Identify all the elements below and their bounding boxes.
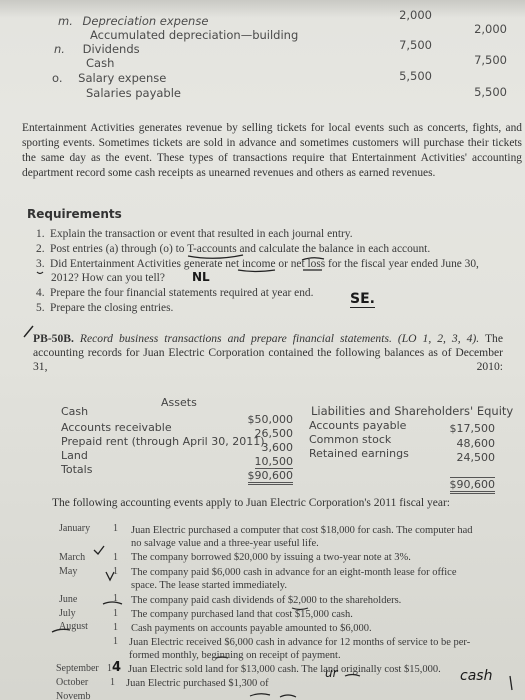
event-text: formed monthly, beginning on receipt of … bbox=[129, 650, 341, 661]
asset-value: 3,600 bbox=[223, 441, 293, 454]
event-text: Juan Electric received $6,000 cash in ad… bbox=[129, 637, 470, 648]
handwritten-mark-4: 4 bbox=[112, 660, 121, 675]
problem-id: PB-50B. bbox=[33, 332, 74, 345]
event-text: The company purchased land that cost $15… bbox=[131, 609, 353, 620]
handwritten-note-cash: cash bbox=[460, 668, 492, 684]
liability-value: 48,600 bbox=[425, 437, 495, 450]
asset-value: 10,500 bbox=[223, 455, 293, 468]
event-day: 1 bbox=[113, 593, 118, 604]
event-day: 1 bbox=[113, 608, 118, 619]
event-text: space. The lease started immediately. bbox=[131, 580, 287, 591]
event-text: The company paid cash dividends of $2,00… bbox=[131, 595, 401, 606]
event-month: June bbox=[59, 594, 77, 605]
asset-value: 26,500 bbox=[223, 427, 293, 440]
event-text: The company borrowed $20,000 by issuing … bbox=[131, 552, 411, 563]
liabilities-header: Liabilities and Shareholders' Equity bbox=[311, 404, 513, 418]
assets-header: Assets bbox=[161, 396, 197, 409]
event-text: no salvage value and a three-year useful… bbox=[131, 538, 319, 549]
event-text: The company paid $6,000 cash in advance … bbox=[131, 567, 456, 578]
problem-statement: PB-50B. Record business transactions and… bbox=[33, 332, 503, 374]
liability-label: Retained earnings bbox=[309, 447, 409, 460]
assets-total-value: $90,600 bbox=[223, 469, 293, 482]
event-text: Juan Electric purchased $1,300 of bbox=[126, 678, 269, 689]
handwritten-note-ur: ur bbox=[325, 666, 338, 680]
event-text: Juan Electric sold land for $13,000 cash… bbox=[128, 664, 441, 675]
event-month: May bbox=[59, 566, 77, 577]
liability-value: 24,500 bbox=[425, 451, 495, 464]
asset-value: $50,000 bbox=[223, 413, 293, 426]
event-day: 1 bbox=[113, 552, 118, 563]
liability-value: $17,500 bbox=[425, 422, 495, 435]
event-month: January bbox=[59, 523, 90, 534]
events-title: The following accounting events apply to… bbox=[52, 497, 450, 509]
liabilities-total-value: $90,600 bbox=[425, 478, 495, 491]
problem-title: Record business transactions and prepare… bbox=[80, 332, 479, 345]
event-day: 1 bbox=[113, 636, 118, 647]
event-day: 1 bbox=[113, 523, 118, 534]
event-text: Cash payments on accounts payable amount… bbox=[131, 623, 372, 634]
event-day: 1 bbox=[110, 677, 115, 688]
event-month: July bbox=[59, 608, 76, 619]
asset-label: Land bbox=[61, 449, 88, 462]
liability-label: Accounts payable bbox=[309, 419, 406, 432]
event-text: Juan Electric purchased a computer that … bbox=[131, 525, 473, 536]
event-month: September bbox=[56, 663, 99, 674]
event-month: October bbox=[56, 677, 88, 688]
event-day: 1 bbox=[113, 622, 118, 633]
event-month: August bbox=[59, 621, 88, 632]
asset-label: Cash bbox=[61, 405, 88, 418]
event-day: 1 bbox=[113, 566, 118, 577]
liability-label: Common stock bbox=[309, 433, 391, 446]
event-month: Novemb bbox=[56, 691, 90, 700]
event-month: March bbox=[59, 552, 85, 563]
asset-label: Accounts receivable bbox=[61, 421, 172, 434]
assets-total-label: Totals bbox=[61, 463, 92, 476]
